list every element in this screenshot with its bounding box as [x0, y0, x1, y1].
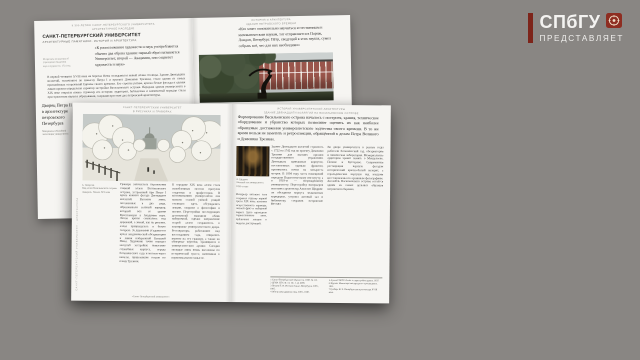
text-column: Во дворе университета в разные годы рабо…: [326, 146, 383, 274]
article-subtitle: АРХИТЕКТУРНЫЕ ПАМЯТНИКИ. ИСТОРИЯ И АРХИТ…: [43, 38, 187, 44]
winged-genius-statue: [245, 63, 278, 100]
lead-paragraph: Формирование Васильевского острова начал…: [238, 114, 379, 142]
spread-bottom-left-page: САНКТ-ПЕТЕРБУРГСКИЙ УНИВЕРСИТЕТ В РИСУНК…: [71, 103, 232, 302]
video-frame: К 300-ЛЕТИЮ САНКТ-ПЕТЕРБУРГСКОГО УНИВЕРС…: [0, 0, 640, 360]
margin-note: Из проекта положения об учреждении Акаде…: [43, 57, 71, 68]
running-head: САНКТ-ПЕТЕРБУРГСКИЙ УНИВЕРСИТЕТ В РИСУНК…: [87, 106, 218, 114]
statue-and-twelve-colleges-photo: [199, 52, 334, 103]
spbu-crest-icon: [606, 13, 622, 28]
alley-engraving: [82, 114, 221, 182]
text-column: К середине XIX века аллея стала излюблен…: [171, 183, 220, 293]
spine-vertical-text: САНКТ-ПЕТЕРБУРГСКИЙ УНИВЕРСИТЕТ · АРХИТЕ…: [75, 197, 79, 290]
spread-bottom-right-page: ИСТОРИЯ УНИВЕРСИТЕТСКОЙ АРХИТЕКТУРЫ ЗДАН…: [230, 104, 391, 303]
logo-tagline: ПРЕДСТАВЛЯЕТ: [540, 34, 625, 43]
footnote: 4 Обзор преподавания наук. СПб., 1840.: [270, 292, 324, 296]
text-column: Здание Двенадцати коллегий строилось с 1…: [270, 145, 323, 273]
page-footer: «Санкт-Петербургский университет»: [91, 295, 210, 299]
alley-engraving-image: [82, 114, 221, 182]
text-column: Интерьер актового зала сохранил отделку …: [235, 193, 267, 281]
epigraph-quote: «Кто хочет основательно научиться естест…: [238, 25, 332, 50]
logo-red-bar: [528, 13, 533, 43]
illustration-caption: Б. Патерсен. Вид аллеи Васильевского ост…: [82, 184, 118, 194]
footnote: 7 Грабарь И. Э. Петербургская архитектур…: [329, 289, 383, 296]
text-column: Гравюра запечатлела перспективу главной …: [119, 183, 166, 293]
logo-title: СПбГУ: [540, 13, 601, 31]
footnotes: 1 Санкт-Петербургские ведомости. 1838. №…: [270, 276, 382, 295]
photo-caption: А. Щедрин. Актовый зал университета. 183…: [236, 178, 269, 188]
running-head: К 300-ЛЕТИЮ САНКТ-ПЕТЕРБУРГСКОГО УНИВЕРС…: [48, 22, 178, 32]
assembly-hall-photo: [236, 146, 269, 176]
epigraph-quote: «К расположению художеств и наук употреб…: [95, 44, 188, 69]
magazine-spread-bottom: САНКТ-ПЕТЕРБУРГСКИЙ УНИВЕРСИТЕТ В РИСУНК…: [71, 103, 391, 304]
spbu-logo: СПбГУ ПРЕДСТАВЛЯЕТ: [528, 13, 625, 43]
